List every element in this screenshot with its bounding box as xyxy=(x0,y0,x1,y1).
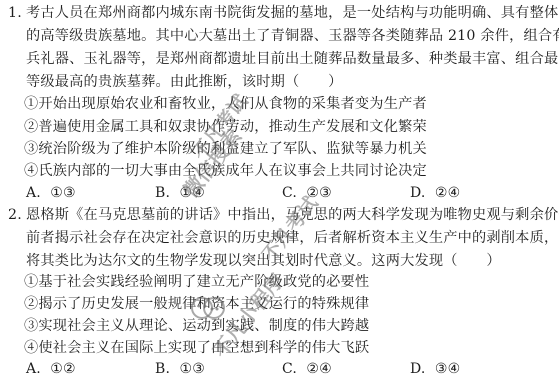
question-stem-line: 前者揭示社会存在决定社会意识的历史规律，后者解析资本主义生产中的剥削本质，恩格斯 xyxy=(26,227,559,249)
question-stem-line: 考古人员在郑州商都内城东南书院街发掘的墓地，是一处结构与功能明确、具有整体系统性 xyxy=(26,2,559,24)
question-stem-line: 等级最高的贵族墓葬。由此推断，该时期（ ） xyxy=(26,71,343,93)
statement-4: ④氏族内部的一切大事由全氏族成年人在议事会上共同讨论决定 xyxy=(24,160,427,182)
choice-a[interactable]: A. ①② xyxy=(26,358,76,378)
question-number: 1. xyxy=(8,2,22,24)
statement-2: ②普遍使用金属工具和奴隶协作劳动，推动生产发展和文化繁荣 xyxy=(24,116,427,138)
question-stem-line: 恩格斯《在马克思墓前的讲话》中指出，马克思的两大科学发现为唯物史观与剩余价值理论… xyxy=(26,204,559,226)
question-stem-line: 的高等级贵族墓地。其中心大墓出土了青铜器、玉器等各类随葬品 210 余件，组合有… xyxy=(26,25,559,47)
question-stem-line: 将其类比为达尔文的生物学发现以突出其划时代意义。这两大发现（ ） xyxy=(26,250,501,272)
choice-c[interactable]: C. ②③ xyxy=(282,182,332,204)
question-stem-line: 兵礼器、玉礼器等，是郑州商都遗址目前出土随葬品数量最多、种类最丰富、组合最完整、 xyxy=(26,48,559,70)
choice-b[interactable]: B. ①④ xyxy=(155,182,205,204)
statement-1: ①开始出现原始农业和畜牧业，人们从食物的采集者变为生产者 xyxy=(24,93,427,115)
choice-b[interactable]: B. ①③ xyxy=(155,358,205,378)
choice-d[interactable]: D. ②④ xyxy=(410,182,460,204)
choice-a[interactable]: A. ①③ xyxy=(26,182,76,204)
statement-3: ③实现社会主义从理论、运动到实践、制度的伟大跨越 xyxy=(24,315,369,337)
question-number: 2. xyxy=(8,204,22,226)
choice-c[interactable]: C. ②④ xyxy=(282,358,332,378)
statement-4: ④使社会主义在国际上实现了由空想到科学的伟大飞跃 xyxy=(24,337,369,359)
statement-2: ②揭示了历史发展一般规律和资本主义运行的特殊规律 xyxy=(24,293,369,315)
statement-3: ③统治阶级为了维护本阶级的利益建立了军队、监狱等暴力机关 xyxy=(24,138,427,160)
choice-d[interactable]: D. ③④ xyxy=(410,358,460,378)
statement-1: ①基于社会实践经验阐明了建立无产阶级政党的必要性 xyxy=(24,271,369,293)
